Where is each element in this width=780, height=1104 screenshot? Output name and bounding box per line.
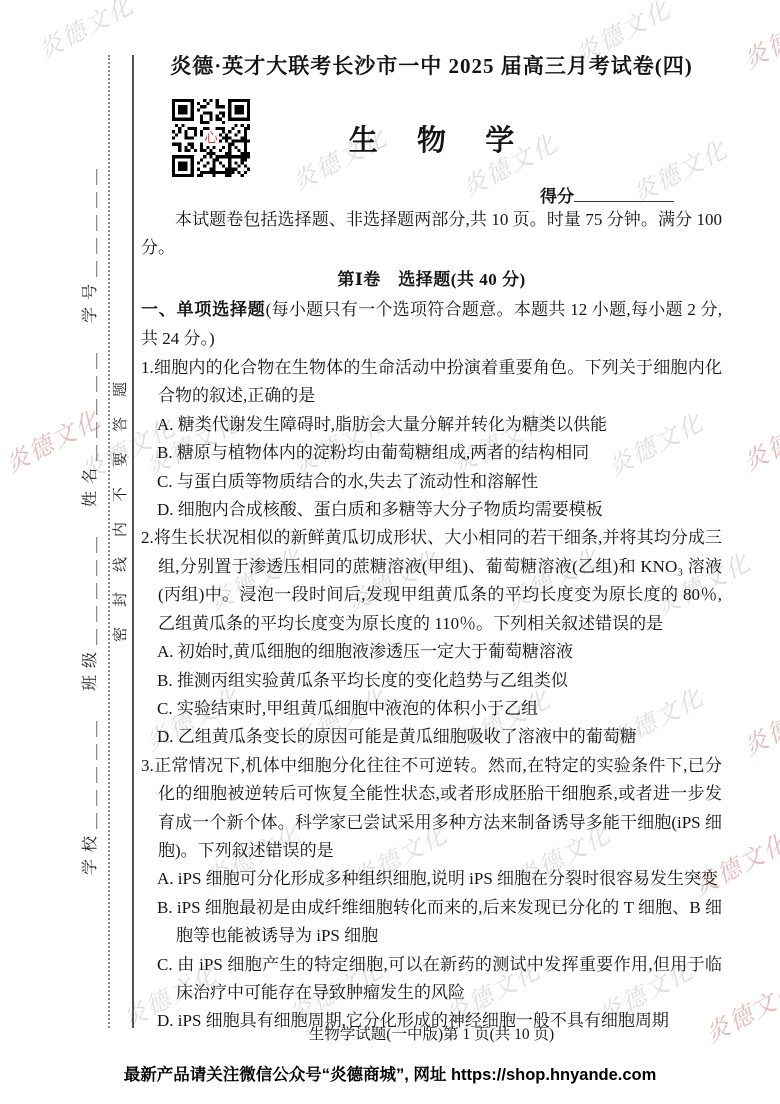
part-heading-label: 一、单项选择题	[141, 300, 266, 319]
option: A. iPS 细胞可分化形成多种组织细胞,说明 iPS 细胞在分裂时很容易发生突…	[157, 865, 722, 893]
seal-solid-line	[132, 55, 134, 1028]
option: D. 乙组黄瓜条变长的原因可能是黄瓜细胞吸收了溶液中的葡萄糖	[157, 723, 722, 751]
option: B. 糖原与植物体内的淀粉均由葡萄糖组成,两者的结构相同	[157, 439, 722, 467]
question-list: 1.细胞内的化合物在生物体的生命活动中扮演着重要角色。下列关于细胞内化合物的叙述…	[141, 354, 722, 1036]
brand-watermark: 炎德文化	[736, 683, 780, 763]
page-footer: 生物学试题(一中版)第 1 页(共 10 页)	[141, 1022, 722, 1044]
option: C. 由 iPS 细胞产生的特定细胞,可以在新药的测试中发挥重要作用,但用于临床…	[157, 951, 722, 1008]
score-row: 得分	[540, 182, 722, 207]
option: C. 与蛋白质等物质结合的水,失去了流动性和溶解性	[157, 468, 722, 496]
option-list: A. iPS 细胞可分化形成多种组织细胞,说明 iPS 细胞在分裂时很容易发生突…	[141, 865, 722, 1035]
option: B. 推测丙组实验黄瓜条平均长度的变化趋势与乙组类似	[157, 667, 722, 695]
subject-title: 生 物 学	[141, 118, 722, 159]
section-title: 第Ⅰ卷 选择题(共 40 分)	[141, 266, 722, 294]
option: A. 初始时,黄瓜细胞的细胞液渗透压一定大于葡萄糖溶液	[157, 638, 722, 666]
student-info-fields: 学校＿＿＿＿＿ 班级＿＿＿＿＿ 姓名＿＿＿＿＿ 学号＿＿＿＿＿	[77, 215, 99, 875]
option: C. 实验结束时,甲组黄瓜细胞中液泡的体积小于乙组	[157, 695, 722, 723]
option-list: A. 初始时,黄瓜细胞的细胞液渗透压一定大于葡萄糖溶液B. 推测丙组实验黄瓜条平…	[141, 638, 722, 752]
brand-watermark: 炎德文化	[736, 398, 780, 478]
question-stem: 3.正常情况下,机体中细胞分化往往不可逆转。然而,在特定的实验条件下,已分化的细…	[141, 752, 722, 866]
score-blank	[574, 184, 674, 202]
option: A. 糖类代谢发生障碍时,脂肪会大量分解并转化为糖类以供能	[157, 411, 722, 439]
option: B. iPS 细胞最初是由成纤维细胞转化而来的,后来发现已分化的 T 细胞、B …	[157, 894, 722, 951]
promo-line: 最新产品请关注微信公众号“炎德商城”, 网址 https://shop.hnya…	[0, 1061, 780, 1085]
brand-watermark: 炎德文化	[736, 0, 780, 75]
option-list: A. 糖类代谢发生障碍时,脂肪会大量分解并转化为糖类以供能B. 糖原与植物体内的…	[141, 411, 722, 525]
seal-notice-text: 密封线内不要答题	[109, 349, 129, 655]
intro-paragraph: 本试题卷包括选择题、非选择题两部分,共 10 页。时量 75 分钟。满分 100…	[141, 206, 722, 263]
exam-title: 炎德·英才大联考长沙市一中 2025 届高三月考试卷(四)	[141, 50, 722, 80]
option: D. 细胞内合成核酸、蛋白质和多糖等大分子物质均需要模板	[157, 496, 722, 524]
exam-page: 炎德文化炎德文化炎德文化炎德文化炎德文化炎德文化炎德文化炎德文化炎德文化炎德文化…	[0, 0, 780, 1104]
exam-body: 本试题卷包括选择题、非选择题两部分,共 10 页。时量 75 分钟。满分 100…	[141, 206, 722, 1036]
question-stem: 1.细胞内的化合物在生物体的生命活动中扮演着重要角色。下列关于细胞内化合物的叙述…	[141, 354, 722, 411]
brand-watermark: 炎德文化	[31, 0, 139, 65]
question-stem: 2.将生长状况相似的新鲜黄瓜切成形状、大小相同的若干细条,并将其均分成三组,分别…	[141, 524, 722, 638]
part-heading: 一、单项选择题(每小题只有一个选项符合题意。本题共 12 小题,每小题 2 分,…	[141, 296, 722, 353]
score-label: 得分	[540, 187, 574, 206]
